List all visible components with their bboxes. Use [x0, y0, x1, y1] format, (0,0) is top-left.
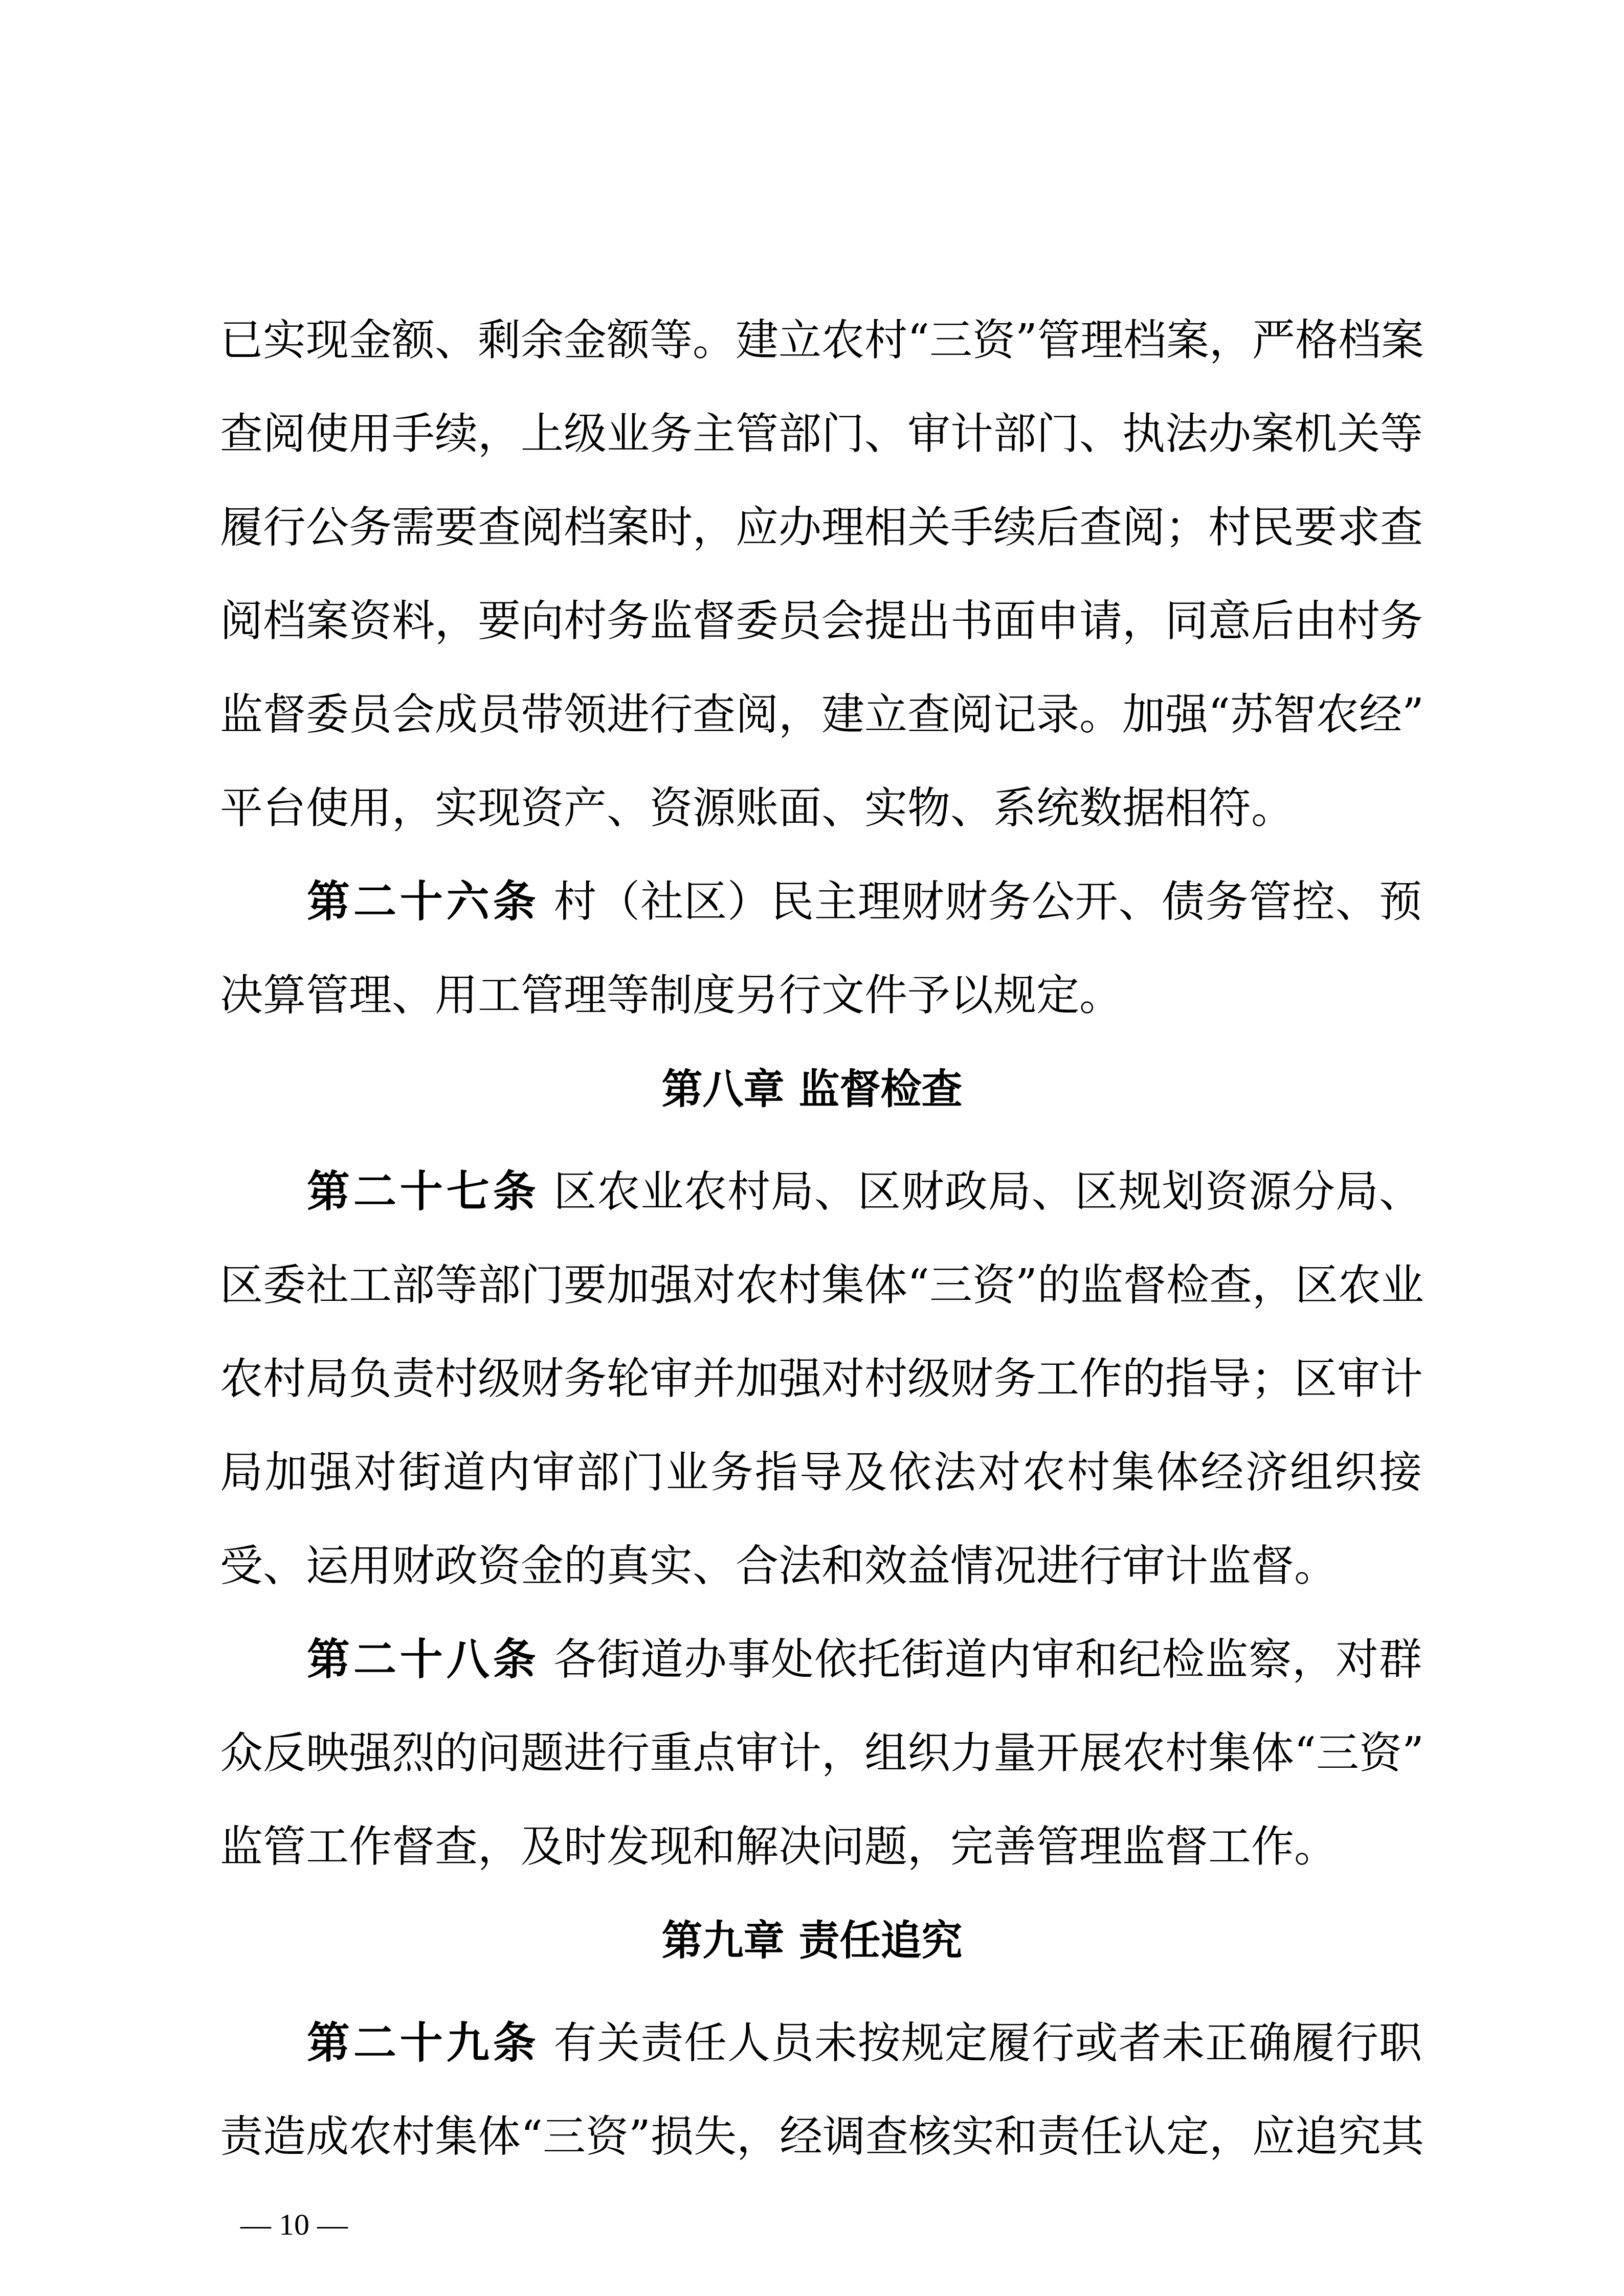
paragraph-line: 区委社工部等部门要加强对农村集体“三资”的监督检查，区农业: [220, 1254, 1422, 1316]
paragraph-line: 已实现金额、剩余金额等。建立农村“三资”管理档案，严格档案: [220, 309, 1422, 371]
article-label: 第二十八条: [307, 1634, 540, 1684]
paragraph-line: 履行公务需要查阅档案时，应办理相关手续后查阅；村民要求查: [220, 497, 1422, 558]
document-page: 已实现金额、剩余金额等。建立农村“三资”管理档案，严格档案 查阅使用手续，上级业…: [0, 0, 1624, 2296]
article-text: 区农业农村局、区财政局、区规划资源分局、: [553, 1166, 1422, 1217]
paragraph-line: 平台使用，实现资产、资源账面、实物、系统数据相符。: [220, 777, 1422, 839]
paragraph-line: 众反映强烈的问题进行重点审计，组织力量开展农村集体“三资”: [220, 1722, 1422, 1784]
article-first-line: 第二十六条 村（社区）民主理财财务公开、债务管控、预: [307, 871, 1422, 932]
paragraph-line: 局加强对街道内审部门业务指导及依法对农村集体经济组织接: [220, 1442, 1422, 1503]
article-text: 各街道办事处依托街道内审和纪检监察，对群: [553, 1634, 1422, 1684]
paragraph-line: 农村局负责村级财务轮审并加强对村级财务工作的指导；区审计: [220, 1348, 1422, 1409]
paragraph-line: 监管工作督查，及时发现和解决问题，完善管理监督工作。: [220, 1816, 1422, 1877]
paragraph-line: 决算管理、用工管理等制度另行文件予以规定。: [220, 964, 1422, 1026]
chapter-heading: 第八章 监督检查: [0, 1059, 1624, 1120]
article-label: 第二十六条: [307, 876, 540, 927]
article-first-line: 第二十八条 各街道办事处依托街道内审和纪检监察，对群: [307, 1629, 1422, 1690]
page-number: — 10 —: [240, 2199, 348, 2250]
paragraph-line: 监督委员会成员带领进行查阅，建立查阅记录。加强“苏智农经”: [220, 684, 1422, 745]
article-label: 第二十九条: [307, 2018, 540, 2068]
paragraph-line: 责造成农村集体“三资”损失，经调查核实和责任认定，应追究其: [220, 2106, 1422, 2167]
article-label: 第二十七条: [307, 1166, 540, 1217]
paragraph-line: 受、运用财政资金的真实、合法和效益情况进行审计监督。: [220, 1535, 1422, 1596]
article-text: 有关责任人员未按规定履行或者未正确履行职: [553, 2018, 1422, 2068]
article-text: 村（社区）民主理财财务公开、债务管控、预: [553, 876, 1422, 927]
paragraph-line: 阅档案资料，要向村务监督委员会提出书面申请，同意后由村务: [220, 590, 1422, 651]
article-first-line: 第二十九条 有关责任人员未按规定履行或者未正确履行职: [307, 2012, 1422, 2074]
paragraph-line: 查阅使用手续，上级业务主管部门、审计部门、执法办案机关等: [220, 403, 1422, 464]
chapter-heading: 第九章 责任追究: [0, 1910, 1624, 1971]
article-first-line: 第二十七条 区农业农村局、区财政局、区规划资源分局、: [307, 1161, 1422, 1222]
